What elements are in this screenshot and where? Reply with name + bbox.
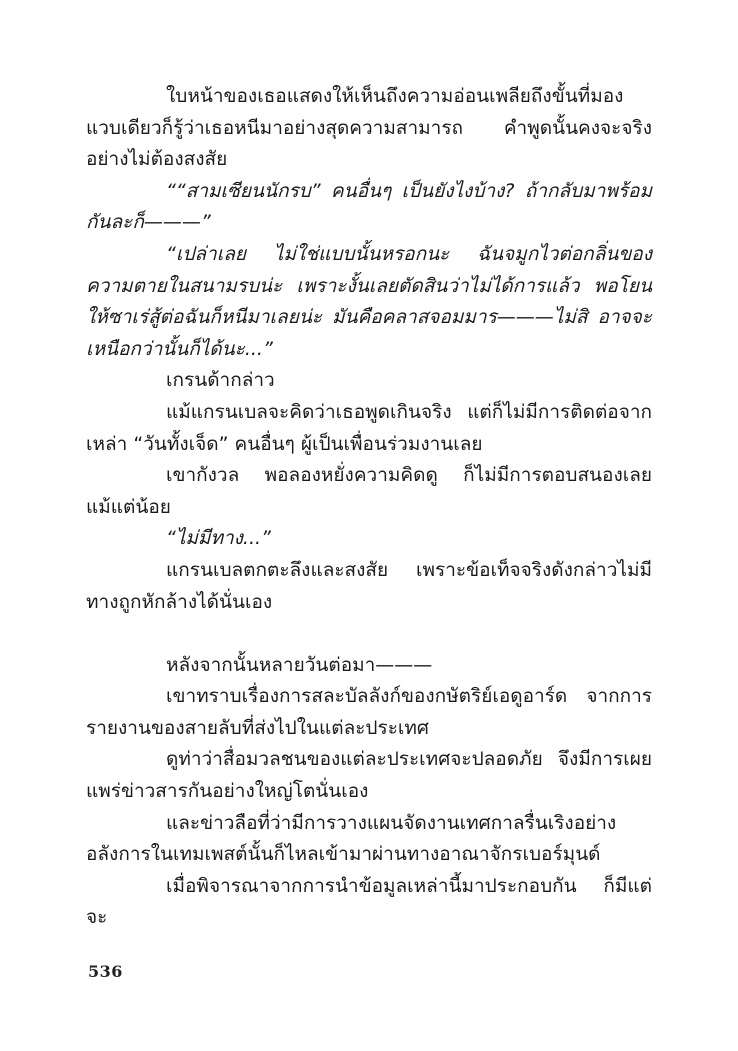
dialogue-paragraph: ““สามเซียนนักรบ” คนอื่นๆ เป็นยังไงบ้าง? … (86, 176, 652, 239)
dialogue-paragraph: “เปล่าเลย ไม่ใช่แบบนั้นหรอกนะ ฉันจมูกไวต… (86, 239, 652, 365)
paragraph: และข่าวลือที่ว่ามีการวางแผนจัดงานเทศกาลร… (86, 808, 652, 871)
paragraph: ใบหน้าของเธอแสดงให้เห็นถึงความอ่อนเพลียถ… (86, 81, 652, 176)
paragraph: เขาทราบเรื่องการสละบัลลังก์ของกษัตริย์เอ… (86, 681, 652, 744)
paragraph: เกรนด้ากล่าว (86, 365, 652, 397)
paragraph: หลังจากนั้นหลายวันต่อมา——— (86, 650, 652, 682)
paragraph: เขากังวล พอลองหยั่งความคิดดู ก็ไม่มีการต… (86, 460, 652, 523)
page-number: 536 (88, 962, 123, 981)
page-body: ใบหน้าของเธอแสดงให้เห็นถึงความอ่อนเพลียถ… (86, 81, 652, 934)
paragraph: แกรนเบลตกตะลึงและสงสัย เพราะข้อเท็จจริงด… (86, 555, 652, 618)
paragraph: เมื่อพิจารณาจากการนำข้อมูลเหล่านี้มาประก… (86, 871, 652, 934)
scene-break (86, 618, 652, 650)
paragraph: แม้แกรนเบลจะคิดว่าเธอพูดเกินจริง แต่ก็ไม… (86, 397, 652, 460)
dialogue-paragraph: “ไม่มีทาง...” (86, 523, 652, 555)
paragraph: ดูท่าว่าสื่อมวลชนของแต่ละประเทศจะปลอดภัย… (86, 744, 652, 807)
